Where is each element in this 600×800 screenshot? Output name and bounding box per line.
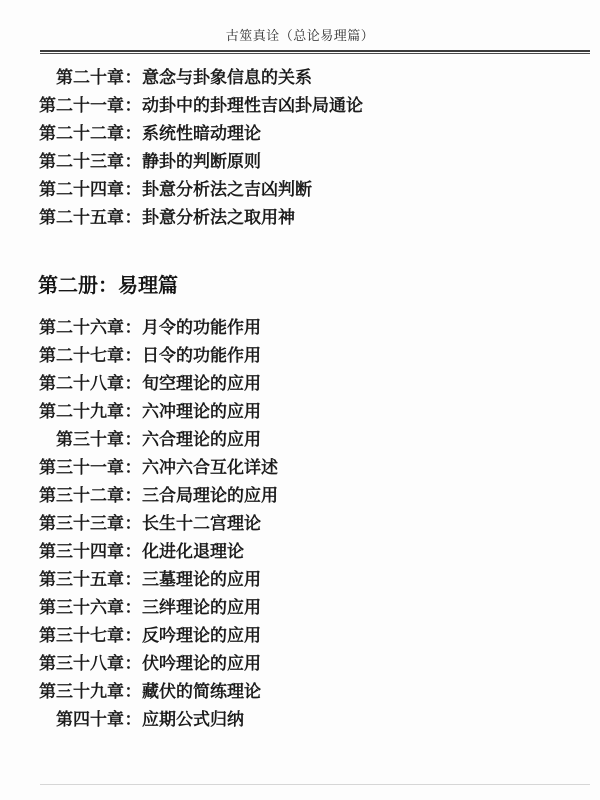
chapter-label: 第二十五章 — [38, 204, 124, 232]
chapter-label: 第三十三章 — [38, 510, 124, 538]
chapter-label: 第二十一章 — [38, 92, 124, 120]
chapter-colon: ： — [124, 678, 142, 706]
toc-entry: 第三十八章：伏吟理论的应用 — [38, 650, 590, 678]
chapter-label: 第二十章 — [38, 64, 124, 92]
chapter-colon: ： — [124, 622, 142, 650]
chapter-label: 第二十七章 — [38, 342, 124, 370]
chapter-title: 三绊理论的应用 — [142, 594, 261, 622]
toc-entry: 第二十三章：静卦的判断原则 — [38, 148, 590, 176]
toc-entry: 第四十章：应期公式归纳 — [38, 706, 590, 734]
chapter-label: 第三十九章 — [38, 678, 124, 706]
chapter-label: 第三十章 — [38, 426, 124, 454]
toc-entry: 第二十五章：卦意分析法之取用神 — [38, 204, 590, 232]
chapter-title: 六冲理论的应用 — [142, 398, 261, 426]
chapter-title: 六合理论的应用 — [142, 426, 261, 454]
chapter-colon: ： — [124, 370, 142, 398]
chapter-label: 第四十章 — [38, 706, 124, 734]
chapter-label: 第二十六章 — [38, 314, 124, 342]
chapter-colon: ： — [124, 706, 142, 734]
chapter-title: 静卦的判断原则 — [142, 148, 261, 176]
header-rule — [40, 50, 590, 54]
toc: 第二十章：意念与卦象信息的关系第二十一章：动卦中的卦理性吉凶卦局通论第二十二章：… — [38, 64, 590, 734]
footer-rule — [40, 784, 590, 785]
chapter-colon: ： — [124, 342, 142, 370]
chapter-title: 动卦中的卦理性吉凶卦局通论 — [142, 92, 363, 120]
chapter-title: 意念与卦象信息的关系 — [142, 64, 312, 92]
chapter-label: 第三十五章 — [38, 566, 124, 594]
chapter-colon: ： — [124, 510, 142, 538]
chapter-colon: ： — [124, 594, 142, 622]
chapter-colon: ： — [124, 176, 142, 204]
toc-entry: 第二十四章：卦意分析法之吉凶判断 — [38, 176, 590, 204]
chapter-label: 第二十三章 — [38, 148, 124, 176]
chapter-colon: ： — [124, 454, 142, 482]
chapter-title: 三墓理论的应用 — [142, 566, 261, 594]
toc-entry: 第二十章：意念与卦象信息的关系 — [38, 64, 590, 92]
toc-entry: 第三十七章：反吟理论的应用 — [38, 622, 590, 650]
chapter-title: 长生十二宫理论 — [142, 510, 261, 538]
chapter-title: 化进化退理论 — [142, 538, 244, 566]
chapter-label: 第三十六章 — [38, 594, 124, 622]
toc-entry: 第二十七章：日令的功能作用 — [38, 342, 590, 370]
chapter-colon: ： — [124, 566, 142, 594]
chapter-title: 六冲六合互化详述 — [142, 454, 278, 482]
chapter-label: 第三十一章 — [38, 454, 124, 482]
toc-entry: 第三十三章：长生十二宫理论 — [38, 510, 590, 538]
chapter-colon: ： — [124, 538, 142, 566]
chapter-title: 旬空理论的应用 — [142, 370, 261, 398]
chapter-label: 第三十七章 — [38, 622, 124, 650]
chapter-title: 应期公式归纳 — [142, 706, 244, 734]
chapter-title: 系统性暗动理论 — [142, 120, 261, 148]
toc-entry: 第二十二章：系统性暗动理论 — [38, 120, 590, 148]
toc-entry: 第三十四章：化进化退理论 — [38, 538, 590, 566]
chapter-title: 卦意分析法之吉凶判断 — [142, 176, 312, 204]
chapter-label: 第三十八章 — [38, 650, 124, 678]
chapter-colon: ： — [124, 398, 142, 426]
chapter-title: 日令的功能作用 — [142, 342, 261, 370]
toc-entry: 第三十九章：藏伏的简练理论 — [38, 678, 590, 706]
chapter-colon: ： — [124, 148, 142, 176]
chapter-colon: ： — [124, 650, 142, 678]
chapter-label: 第三十二章 — [38, 482, 124, 510]
page-header-title: 古筮真诠（总论易理篇） — [0, 0, 600, 44]
chapter-label: 第二十九章 — [38, 398, 124, 426]
chapter-label: 第二十四章 — [38, 176, 124, 204]
toc-entry: 第三十二章：三合局理论的应用 — [38, 482, 590, 510]
toc-entry: 第二十六章：月令的功能作用 — [38, 314, 590, 342]
toc-entry: 第三十六章：三绊理论的应用 — [38, 594, 590, 622]
toc-entry: 第二十八章：旬空理论的应用 — [38, 370, 590, 398]
chapter-title: 三合局理论的应用 — [142, 482, 278, 510]
toc-entry: 第二十九章：六冲理论的应用 — [38, 398, 590, 426]
chapter-colon: ： — [124, 314, 142, 342]
chapter-colon: ： — [124, 482, 142, 510]
chapter-title: 卦意分析法之取用神 — [142, 204, 295, 232]
chapter-title: 藏伏的简练理论 — [142, 678, 261, 706]
chapter-colon: ： — [124, 64, 142, 92]
toc-entry: 第三十一章：六冲六合互化详述 — [38, 454, 590, 482]
chapter-colon: ： — [124, 426, 142, 454]
toc-entry: 第二十一章：动卦中的卦理性吉凶卦局通论 — [38, 92, 590, 120]
toc-entry: 第三十章：六合理论的应用 — [38, 426, 590, 454]
chapter-label: 第三十四章 — [38, 538, 124, 566]
chapter-title: 反吟理论的应用 — [142, 622, 261, 650]
chapter-title: 月令的功能作用 — [142, 314, 261, 342]
chapter-label: 第二十二章 — [38, 120, 124, 148]
chapter-colon: ： — [124, 92, 142, 120]
chapter-colon: ： — [124, 204, 142, 232]
chapter-title: 伏吟理论的应用 — [142, 650, 261, 678]
chapter-label: 第二十八章 — [38, 370, 124, 398]
chapter-colon: ： — [124, 120, 142, 148]
toc-entry: 第三十五章：三墓理论的应用 — [38, 566, 590, 594]
section-heading: 第二册：易理篇 — [38, 271, 590, 301]
